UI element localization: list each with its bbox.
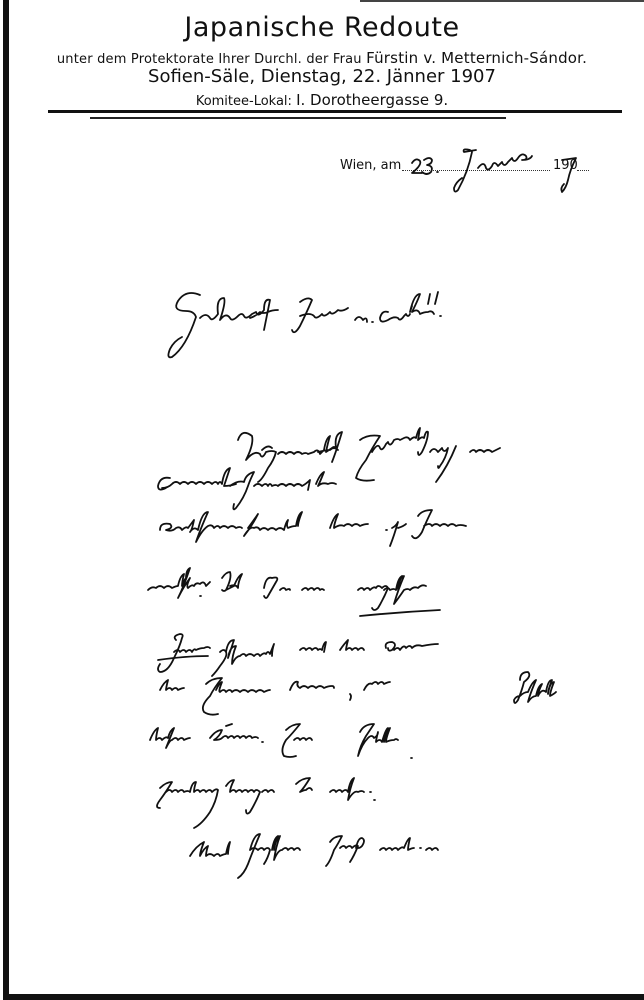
letterhead-rule-short	[90, 117, 506, 119]
salutation: Hochverehrter Herr v. Läßle!	[0, 0, 1, 1]
patronage-prefix: unter dem Protektorate Ihrer Durchl. der…	[57, 52, 362, 67]
letterhead-patronage: unter dem Protektorate Ihrer Durchl. der…	[0, 49, 644, 67]
letterhead-venue: Sofien-Säle, Dienstag, 22. Jänner 1907	[0, 66, 644, 87]
dateline-dots-day	[402, 170, 550, 171]
dateline-month: Jänner	[340, 146, 341, 147]
committee-address: I. Dorotheergasse 9.	[296, 91, 448, 109]
letter-page: Japanische Redoute unter dem Protektorat…	[0, 0, 644, 1000]
handwritten-line-5	[158, 634, 438, 676]
handwritten-line-1	[238, 428, 500, 482]
letterhead-title: Japanische Redoute	[0, 12, 644, 43]
handwritten-line-3	[160, 510, 466, 546]
page-border-left	[3, 0, 9, 998]
handwritten-salutation	[168, 292, 441, 357]
committee-label: Komitee-Lokal:	[196, 94, 292, 109]
handwritten-line-6	[160, 672, 556, 715]
dateline-place: Wien, am	[340, 158, 401, 173]
letterhead-committee: Komitee-Lokal: I. Dorotheergasse 9.	[0, 91, 644, 109]
page-border-bottom	[3, 994, 644, 1000]
handwritten-closing	[190, 834, 438, 878]
handwritten-line-2	[158, 468, 336, 509]
dateline: Wien, am 190 23. Jänner 7	[340, 146, 640, 196]
letter-transcription: Hochverehrter Herr v. Läßle! Nach mündli…	[0, 0, 1, 1]
dateline-day: 23.	[340, 146, 341, 147]
handwritten-line-4	[148, 568, 440, 616]
dateline-year-prefix: 190	[553, 158, 578, 173]
patronage-name: Fürstin v. Metternich-Sándor.	[366, 49, 587, 67]
page-border-top	[360, 0, 644, 2]
dateline-dots-year	[577, 170, 589, 171]
letterhead-rule-long	[48, 110, 622, 113]
handwritten-line-8	[157, 778, 375, 828]
handwritten-line-7	[150, 724, 412, 758]
dateline-year-suffix: 7	[340, 146, 341, 147]
